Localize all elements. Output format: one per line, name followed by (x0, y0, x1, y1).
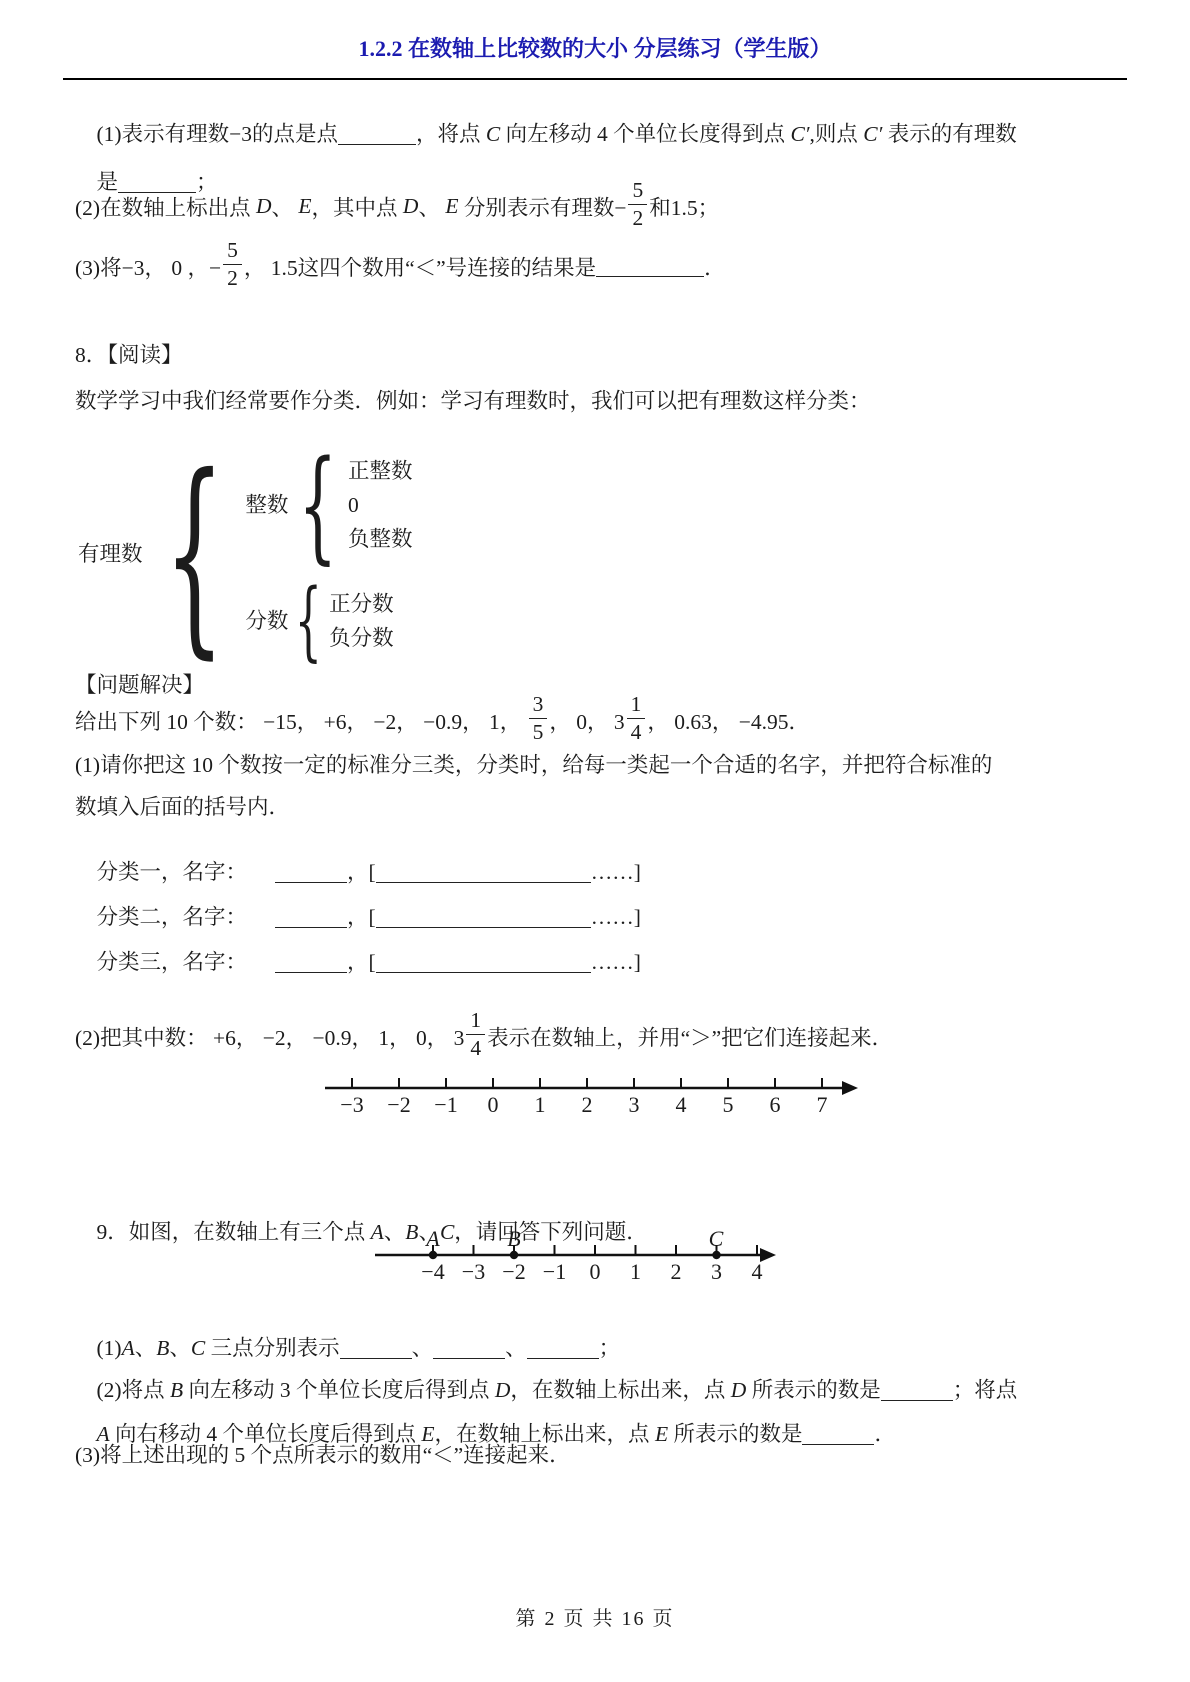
fraction-denominator: 4 (631, 719, 642, 744)
tree-branch-fractions: 分数 { 正分数 负分数 (245, 578, 412, 664)
var-c-prime: C′ (863, 122, 882, 146)
answer-blank (596, 255, 704, 278)
page-title: 1.2.2 在数轴上比较数的大小 分层练习（学生版） (0, 32, 1190, 63)
q8-part1-line1: (1)请你把这 10 个数按一定的标准分三类，分类时，给每一类起一个合适的名字，… (75, 748, 992, 779)
tick-label: −2 (497, 1259, 531, 1285)
point-b-dot (510, 1251, 518, 1259)
answer-blank (275, 950, 347, 973)
text-segment: ， 0， 3 (549, 705, 624, 736)
text-segment: 表示的有理数 (882, 122, 1016, 146)
brace-icon: { (295, 578, 322, 664)
tick-label: 3 (617, 1092, 651, 1118)
tick-label: 7 (805, 1092, 839, 1118)
numberline-1: −3 −2 −1 0 1 2 3 4 5 6 7 (300, 1072, 880, 1134)
tick-label: 2 (659, 1259, 693, 1285)
fraction-numerator: 3 (529, 693, 548, 719)
fraction-1-4: 14 (627, 693, 646, 743)
tree-leaf: 负整数 (348, 522, 413, 556)
fraction-denominator: 4 (470, 1035, 481, 1060)
brace-icon: { (299, 444, 338, 566)
text-segment: 、 (271, 191, 298, 222)
tree-branch-label: 整数 (245, 488, 288, 522)
fraction-3-5: 35 (529, 693, 548, 743)
tree-leaf: 负分数 (329, 621, 394, 655)
tick-label: 2 (570, 1092, 604, 1118)
text-segment: ， 1.5这四个数用“＜”号连接的结果是 (244, 251, 596, 282)
tree-branch-label: 分数 (245, 604, 288, 638)
tick-label: 4 (740, 1259, 774, 1285)
text-segment: 和1.5； (649, 191, 719, 222)
text-segment: ,则点 (810, 122, 864, 146)
tick-label: 1 (619, 1259, 653, 1285)
brace-icon: { (164, 448, 225, 660)
bracket-close: ……] (591, 950, 641, 974)
q8-part1-line2: 数填入后面的括号内． (75, 790, 290, 821)
tree-branch-integers: 整数 { 正整数 0 负整数 (245, 444, 412, 566)
bracket-open: [ (369, 950, 376, 974)
fraction-numerator: 1 (466, 1009, 485, 1035)
worksheet-page: 1.2.2 在数轴上比较数的大小 分层练习（学生版） (1)表示有理数−3的点是… (0, 0, 1190, 1682)
classification-tree: 有理数 { 整数 { 正整数 0 负整数 分数 { 正分数 负分数 (78, 444, 413, 664)
text-segment: ，其中点 (312, 191, 403, 222)
tick-label: 0 (578, 1259, 612, 1285)
tree-root-label: 有理数 (78, 537, 143, 571)
category-label: 分类三，名字： (97, 950, 248, 974)
fraction-1-4: 14 (466, 1009, 485, 1059)
tick-label: 5 (711, 1092, 745, 1118)
tick-label: −1 (429, 1092, 463, 1118)
point-a-dot (429, 1251, 437, 1259)
fraction-numerator: 5 (628, 179, 647, 205)
var-d: D (256, 194, 272, 219)
tick-label: 6 (758, 1092, 792, 1118)
point-c-dot (712, 1251, 720, 1259)
header-divider (63, 78, 1127, 80)
var-c: C (486, 122, 500, 146)
fraction-denominator: 2 (632, 205, 643, 230)
var-c-prime: C′ (790, 122, 809, 146)
page-footer: 第 2 页 共 16 页 (0, 1602, 1190, 1631)
text-segment: ， (347, 950, 369, 974)
text-segment: (2)在数轴上标出点 (75, 191, 256, 222)
text-segment: 分别表示有理数− (458, 191, 626, 222)
fraction-numerator: 5 (223, 239, 242, 265)
q8-intro: 数学学习中我们经常要作分类．例如：学习有理数时，我们可以把有理数这样分类： (75, 384, 871, 415)
fraction-5-2: 52 (223, 239, 242, 289)
text-segment: 所表示的数是 (668, 1422, 802, 1446)
q8-heading: 8．【阅读】 (75, 338, 183, 369)
tick-label: 3 (700, 1259, 734, 1285)
answer-blank (338, 122, 416, 145)
text-segment: 给出下列 10 个数： −15， +6， −2， −0.9， 1， (75, 705, 527, 736)
q8-part2-line: (2)把其中数： +6， −2， −0.9， 1， 0， 314表示在数轴上，并… (75, 1008, 893, 1064)
tick-label: 0 (476, 1092, 510, 1118)
tick-label: 4 (664, 1092, 698, 1118)
tick-label: −3 (457, 1259, 491, 1285)
tree-leaf: 正分数 (329, 587, 394, 621)
text-segment: 、 (418, 191, 445, 222)
q7-part3-line: (3)将−3， 0 ，−52， 1.5这四个数用“＜”号连接的结果是． (75, 238, 726, 294)
text-segment: (2)把其中数： +6， −2， −0.9， 1， 0， 3 (75, 1021, 464, 1052)
var-e: E (298, 194, 311, 219)
tree-leaf: 0 (348, 488, 413, 522)
answer-blank (802, 1422, 874, 1445)
fraction-denominator: 5 (533, 719, 544, 744)
text-segment: 向左移动 4 个单位长度得到点 (500, 122, 790, 146)
var-e: E (655, 1422, 668, 1446)
tick-label: −1 (538, 1259, 572, 1285)
tick-label: −4 (416, 1259, 450, 1285)
q7-part2-line: (2)在数轴上标出点 D、 E，其中点 D、 E 分别表示有理数−52和1.5； (75, 178, 719, 234)
fraction-numerator: 1 (627, 693, 646, 719)
fraction-5-2: 52 (628, 179, 647, 229)
text-segment: ． (874, 1422, 896, 1446)
text-segment: ；将点 (953, 1378, 1018, 1402)
q8-numbers-line: 给出下列 10 个数： −15， +6， −2， −0.9， 1， 35， 0，… (75, 692, 810, 748)
text-segment: ， 0.63， −4.95． (647, 705, 810, 736)
category-row-3: 分类三，名字：，[……] (75, 920, 641, 1001)
numberline-2: A B C −4 −3 −2 −1 0 1 2 3 4 (350, 1226, 795, 1292)
tick-label: −3 (335, 1092, 369, 1118)
text-segment: (3)将−3， 0 ，− (75, 251, 221, 282)
tree-leaf: 正整数 (348, 454, 413, 488)
text-segment: 9．如图，在数轴上有三个点 (97, 1220, 371, 1244)
text-segment: ． (704, 251, 726, 282)
answer-blank (376, 950, 591, 973)
tick-label: 1 (523, 1092, 557, 1118)
text-segment: ，将点 (416, 122, 486, 146)
var-d: D (403, 194, 419, 219)
tick-label: −2 (382, 1092, 416, 1118)
q9-part3-line: (3)将上述出现的 5 个点所表示的数用“＜”连接起来． (75, 1438, 571, 1469)
var-e: E (445, 194, 458, 219)
fraction-denominator: 2 (227, 265, 238, 290)
text-segment: 表示在数轴上，并用“＞”把它们连接起来． (487, 1021, 893, 1052)
